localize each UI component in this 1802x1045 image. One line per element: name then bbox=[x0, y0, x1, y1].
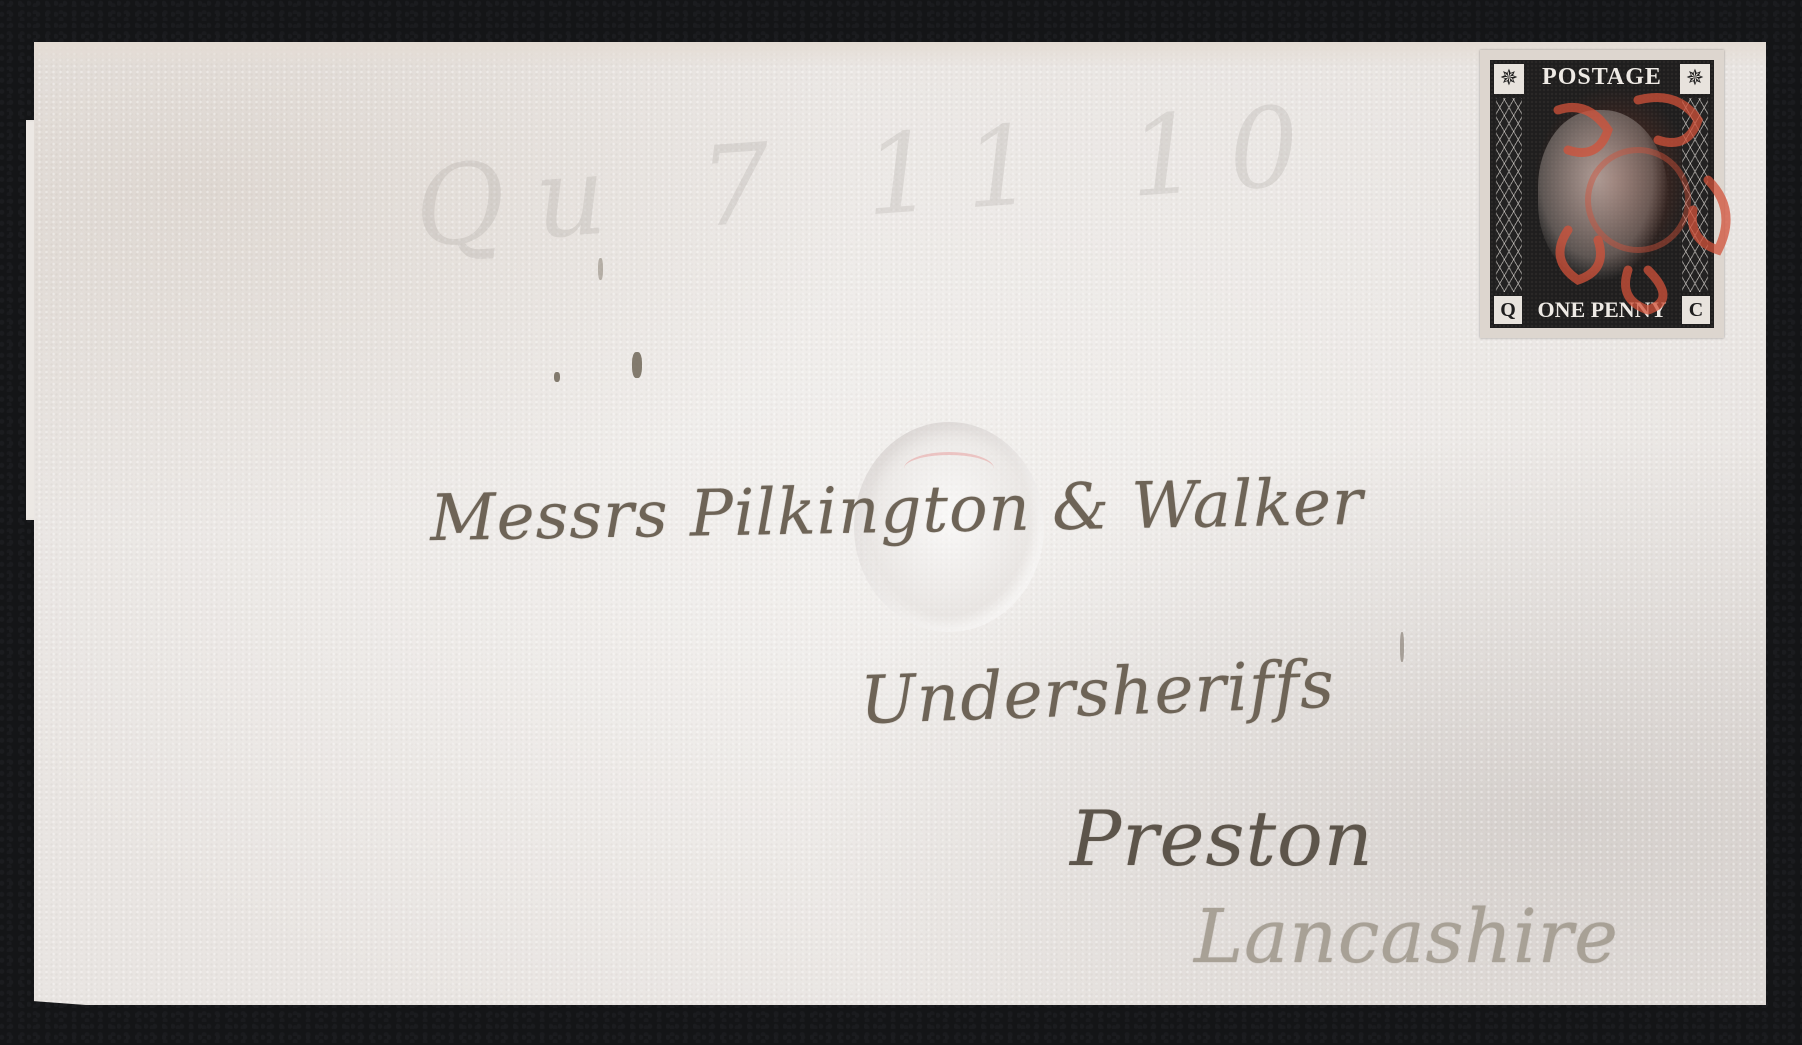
stamp-value-row: Q ONE PENNY C bbox=[1494, 296, 1710, 324]
address-line-county: Lancashire bbox=[1194, 894, 1619, 980]
stamp-title: POSTAGE bbox=[1528, 64, 1676, 92]
address-line-title: Undersheriffs bbox=[859, 646, 1336, 740]
ink-spot bbox=[554, 372, 560, 382]
penny-black-stamp: ✵ POSTAGE ✵ Q ONE PENNY C bbox=[1480, 50, 1724, 338]
stamp-value: ONE PENNY bbox=[1522, 297, 1682, 323]
star-ornament-icon: ✵ bbox=[1494, 64, 1524, 94]
stamp-design: ✵ POSTAGE ✵ Q ONE PENNY C bbox=[1490, 60, 1714, 328]
check-letter-left: Q bbox=[1494, 296, 1522, 324]
pencil-notation: Qu 7 11 10 bbox=[411, 80, 1334, 272]
star-ornament-icon: ✵ bbox=[1680, 64, 1710, 94]
queen-victoria-portrait-icon bbox=[1538, 110, 1668, 280]
ink-spot bbox=[632, 352, 642, 378]
stamp-side-band bbox=[1496, 98, 1522, 292]
address-line-addressee: Messrs Pilkington & Walker bbox=[429, 466, 1364, 556]
address-line-town: Preston bbox=[1070, 794, 1374, 883]
ink-spot bbox=[598, 258, 603, 280]
check-letter-right: C bbox=[1682, 296, 1710, 324]
ink-spot bbox=[1400, 632, 1404, 662]
stamp-side-band bbox=[1682, 98, 1708, 292]
